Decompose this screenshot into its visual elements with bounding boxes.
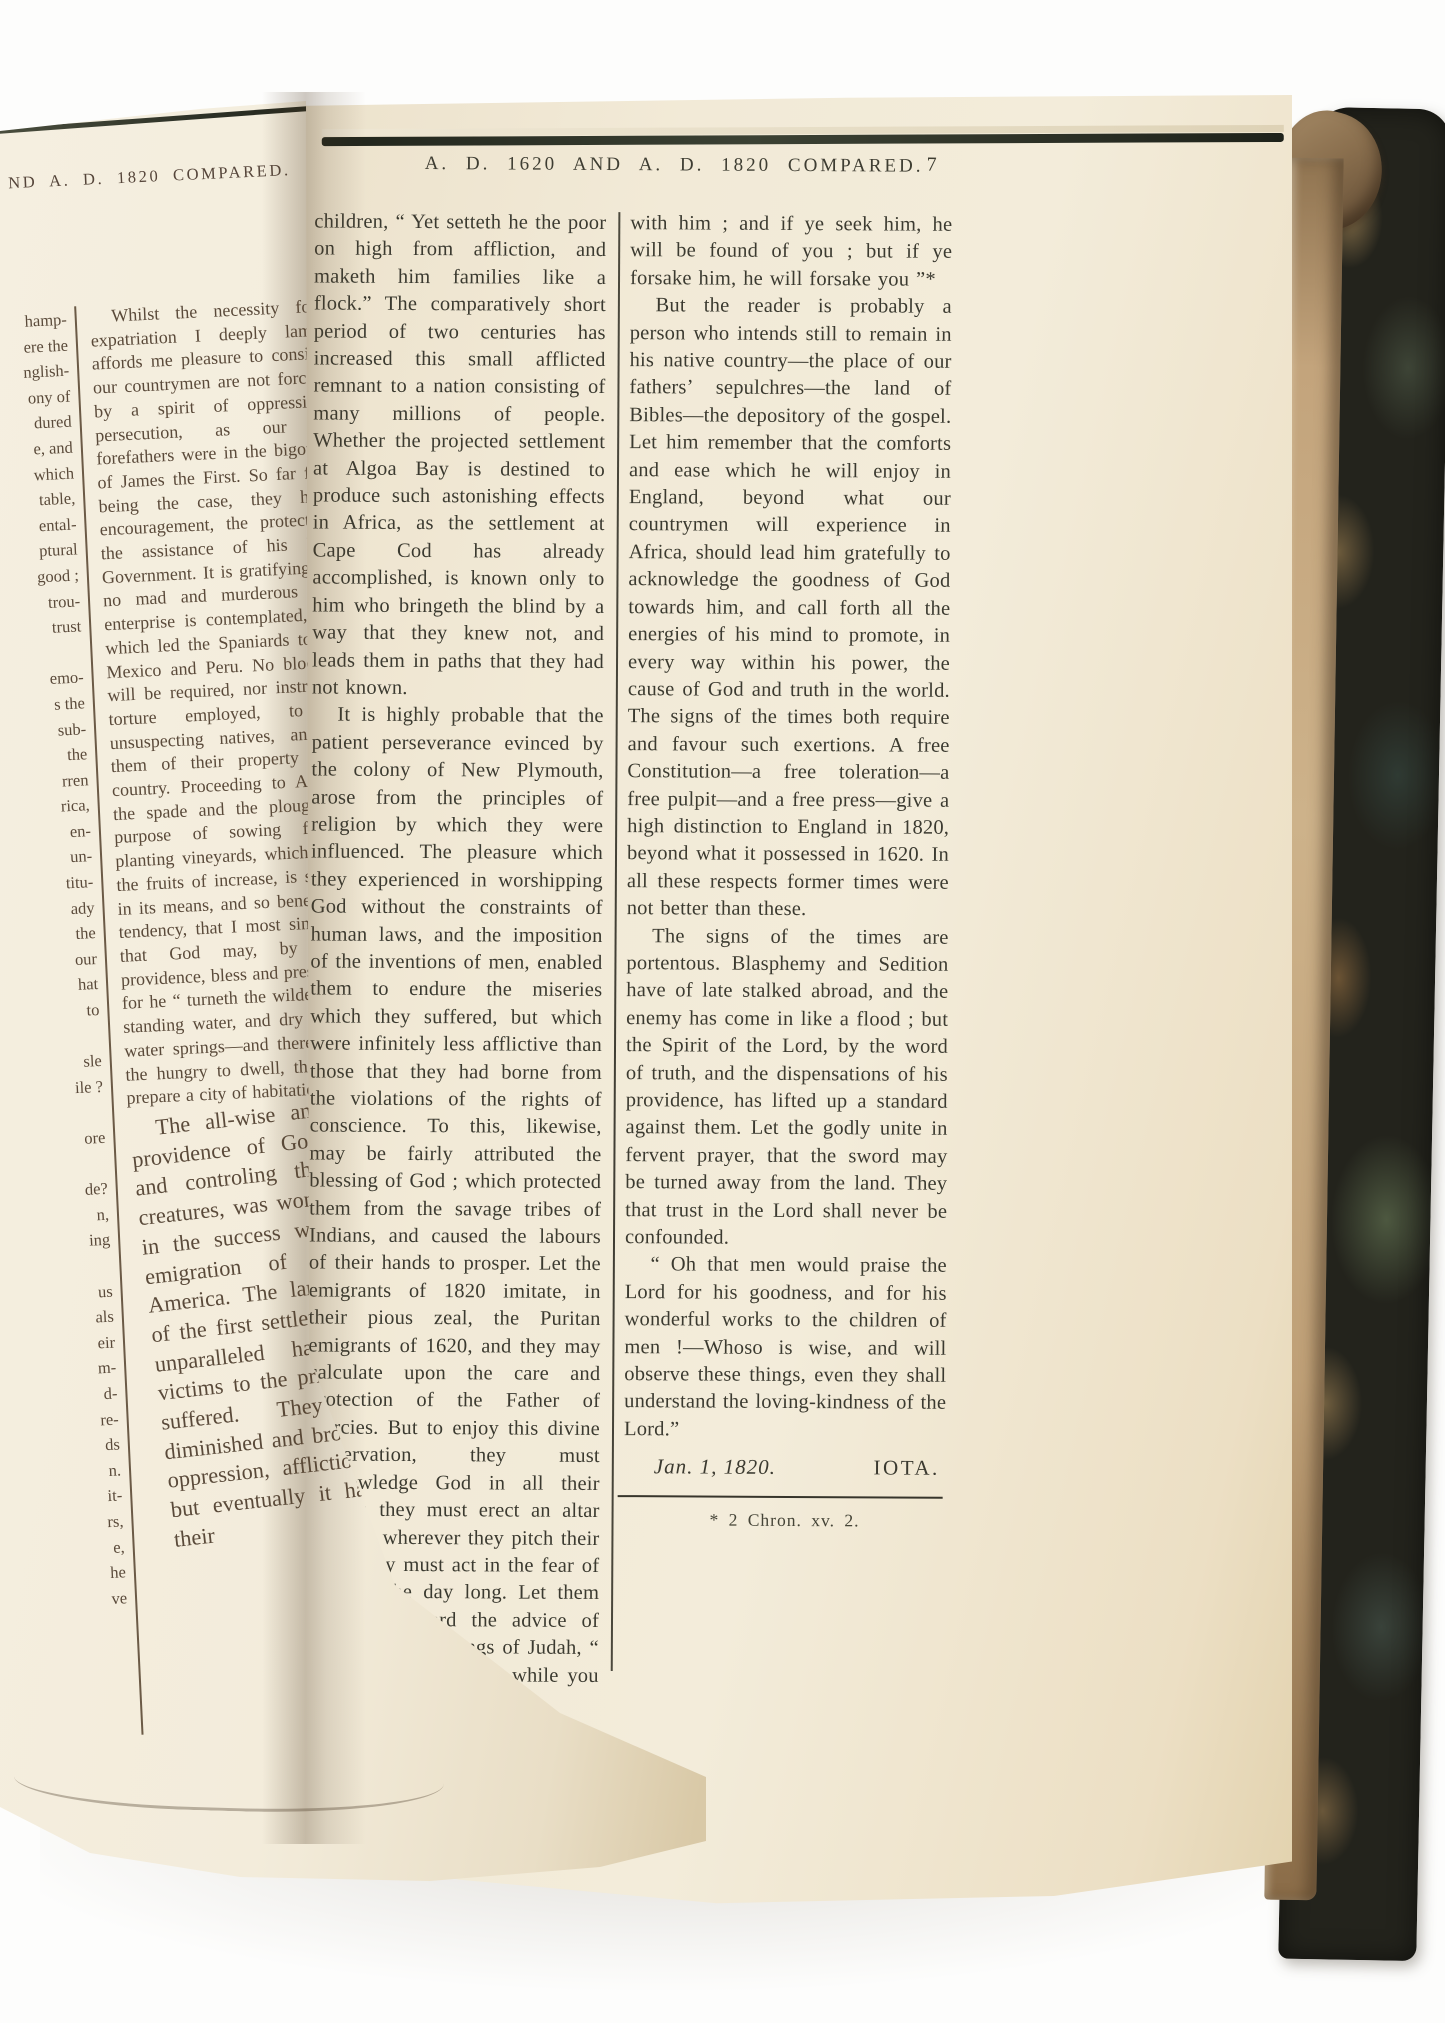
margin-fragment	[26, 639, 83, 667]
margin-fragment: m-	[60, 1355, 117, 1383]
margin-fragment: en-	[34, 818, 91, 846]
margin-fragment: nglish-	[13, 358, 70, 386]
margin-fragment: our	[40, 946, 97, 974]
margin-fragment: de?	[51, 1176, 108, 1204]
paragraph: The signs of the times are portentous. B…	[625, 923, 949, 1254]
running-header: A. D. 1620 AND A. D. 1820 COMPARED.	[315, 152, 970, 177]
margin-fragment	[44, 1023, 101, 1051]
margin-fragment: ony of	[14, 383, 71, 411]
column-right-paragraphs: with him ; and if ye seek him, he will b…	[624, 210, 952, 1445]
margin-fragment: which	[17, 460, 74, 488]
margin-fragment: sub-	[30, 716, 87, 744]
margin-fragment: he	[69, 1559, 126, 1587]
signature-date: Jan. 1, 1820.	[654, 1454, 776, 1482]
margin-fragment: un-	[36, 844, 93, 872]
margin-fragment: e, and	[16, 435, 73, 463]
margin-fragment: rs,	[67, 1508, 124, 1536]
signature-row: Jan. 1, 1820. IOTA.	[624, 1453, 946, 1482]
margin-fragment: ore	[49, 1125, 106, 1153]
margin-fragment: d-	[61, 1380, 118, 1408]
margin-fragment: emo-	[27, 665, 84, 693]
margin-fragment: ere the	[11, 332, 68, 360]
paragraph: children, “ Yet setteth he the poor on h…	[312, 208, 607, 703]
margin-fragment: n,	[52, 1202, 109, 1230]
margin-fragment: it-	[66, 1483, 123, 1511]
margin-fragment: to	[43, 997, 100, 1025]
margin-fragment	[48, 1099, 105, 1127]
margin-fragment: hamp-	[10, 307, 67, 335]
margin-fragment: ve	[71, 1585, 128, 1613]
margin-fragment: the	[31, 741, 88, 769]
margin-fragment: trust	[25, 614, 82, 642]
print-area: A. D. 1620 AND A. D. 1820 COMPARED. 7 ch…	[307, 152, 970, 1719]
margin-fragment: rren	[32, 767, 89, 795]
margin-fragment: s the	[28, 690, 85, 718]
margin-fragment: sle	[45, 1048, 102, 1076]
margin-fragment: rica,	[33, 792, 90, 820]
margin-fragment: ptural	[21, 537, 78, 565]
margin-fragment: ing	[54, 1227, 111, 1255]
margin-fragment: good ;	[22, 562, 79, 590]
paragraph: But the reader is probably a person who …	[627, 292, 952, 924]
margin-fragment: us	[56, 1278, 113, 1306]
margin-fragment: ds	[63, 1432, 120, 1460]
text-columns: children, “ Yet setteth he the poor on h…	[307, 208, 970, 1719]
margin-fragment: hat	[42, 971, 99, 999]
margin-fragment: the	[39, 920, 96, 948]
margin-fragment: ady	[38, 895, 95, 923]
margin-fragment: table,	[19, 486, 76, 514]
margin-fragment: trou-	[23, 588, 80, 616]
column-divider-rule	[611, 212, 621, 1671]
margin-fragment: e,	[68, 1534, 125, 1562]
text-column-right: with him ; and if ye seek him, he will b…	[623, 210, 953, 1719]
margin-fragment	[55, 1253, 112, 1281]
margin-fragment: re-	[62, 1406, 119, 1434]
footnote-rule	[618, 1495, 943, 1499]
margin-fragment: dured	[15, 409, 72, 437]
book-photo: A. D. 1620 AND A. D. 1820 COMPARED. 7 ch…	[0, 0, 1445, 2023]
margin-fragment: n.	[64, 1457, 121, 1485]
margin-fragment: ental-	[20, 511, 77, 539]
margin-fragment	[50, 1150, 107, 1178]
margin-fragment: als	[57, 1304, 114, 1332]
page-number: 7	[927, 154, 938, 177]
paragraph: with him ; and if ye seek him, he will b…	[630, 210, 952, 294]
paragraph: “ Oh that men would praise the Lord for …	[624, 1252, 947, 1446]
footnote: * 2 Chron. xv. 2.	[623, 1506, 945, 1535]
margin-fragment: titu-	[37, 869, 94, 897]
margin-fragment: ile ?	[46, 1074, 103, 1102]
margin-fragment: eir	[58, 1329, 115, 1357]
signature-name: IOTA.	[874, 1455, 940, 1483]
